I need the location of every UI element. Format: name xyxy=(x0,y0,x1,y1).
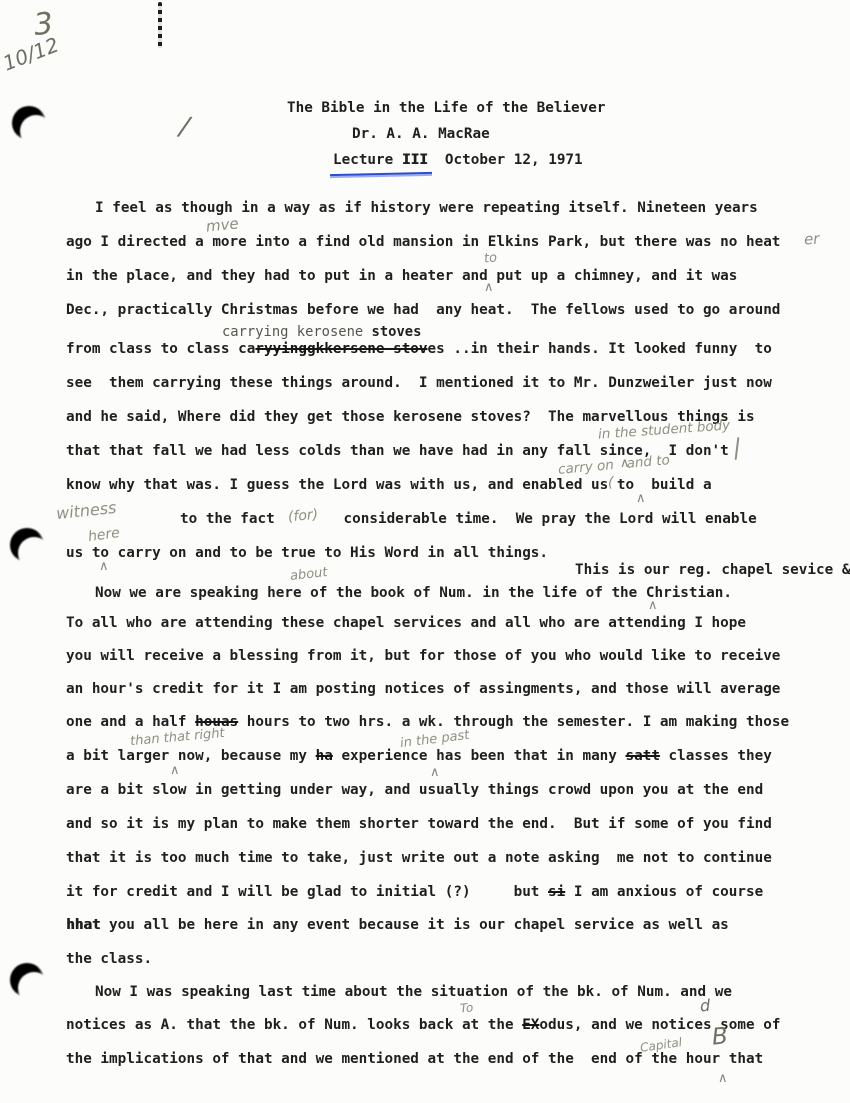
handwritten-for-note: (for) xyxy=(287,508,318,525)
handwritten-to-insert: to xyxy=(483,251,497,265)
document-author: Dr. A. A. MacRae xyxy=(352,126,490,142)
handwritten-paren-mark: ( xyxy=(608,476,613,490)
typed-line: know why that was. I guess the Lord was … xyxy=(66,477,712,493)
hole-punch-top xyxy=(12,106,46,140)
typed-insert-line: This is our reg. chapel sevice & xyxy=(575,562,850,578)
caret-mark: ∧ xyxy=(718,1072,728,1085)
handwritten-than-that-right-note: than that right xyxy=(130,727,226,748)
typed-line: the class. xyxy=(66,951,152,967)
handwritten-er-suffix: er xyxy=(803,231,819,247)
typed-line: to the fact considerable time. We pray t… xyxy=(180,511,757,527)
typed-line: I feel as though in a way as if history … xyxy=(95,200,758,216)
typewritten-lecture-page: 3 10/12 ∕ The Bible in the Life of the B… xyxy=(0,0,850,1103)
struck-text: si xyxy=(548,884,565,900)
handwritten-b-letter: B xyxy=(711,1025,729,1049)
typed-line: are a bit slow in getting under way, and… xyxy=(66,782,763,798)
lecture-line: Lecture III October 12, 1971 xyxy=(333,152,583,168)
caret-mark: ∧ xyxy=(648,599,658,612)
struck-text: ryyinggkkersene stov xyxy=(255,341,427,357)
caret-mark: ∧ xyxy=(170,764,180,777)
handwritten-in-the-past-note: in the past xyxy=(399,729,470,750)
typed-line: Now we are speaking here of the book of … xyxy=(95,585,732,601)
pencil-stroke-mark xyxy=(735,437,740,460)
typed-line: you will receive a blessing from it, but… xyxy=(66,648,780,664)
typed-line: in the place, and they had to put in a h… xyxy=(66,268,737,284)
typed-line: and so it is my plan to make them shorte… xyxy=(66,816,772,832)
typed-insert-line: carrying kerosene stoves xyxy=(222,324,421,340)
hole-punch-middle xyxy=(10,528,44,562)
pencil-date-note: 10/12 xyxy=(0,34,61,73)
typed-line: one and a half houas hours to two hrs. a… xyxy=(66,714,789,730)
caret-mark: ∧ xyxy=(636,492,646,505)
handwritten-witness-note: witness xyxy=(55,500,117,522)
typed-line: the implications of that and we mentione… xyxy=(66,1051,763,1067)
ink-smear-mark xyxy=(158,2,162,48)
handwritten-move-note: mve xyxy=(205,216,239,234)
struck-text: ha xyxy=(316,748,333,764)
handwritten-d-correction: d xyxy=(699,998,710,1015)
typed-line: from class to class caryyinggkkersene st… xyxy=(66,341,772,357)
typed-line: an hour's credit for it I am posting not… xyxy=(66,681,780,697)
typed-line: us to carry on and to be true to His Wor… xyxy=(66,545,548,561)
struck-text: EX xyxy=(522,1017,539,1033)
hole-punch-bottom xyxy=(10,963,44,997)
handwritten-here-note: here xyxy=(87,526,120,544)
typed-line: Now I was speaking last time about the s… xyxy=(95,984,732,1000)
pen-tick-mark: ∕ xyxy=(178,114,190,141)
typed-line: see them carrying these things around. I… xyxy=(66,375,772,391)
caret-mark: ∧ xyxy=(484,281,494,294)
handwritten-to-correction: To xyxy=(460,1001,474,1014)
typed-line: To all who are attending these chapel se… xyxy=(66,615,746,631)
typed-line: it for credit and I will be glad to init… xyxy=(66,884,763,900)
typed-line: a bit larger now, because my ha experien… xyxy=(66,748,772,764)
handwritten-about-note: about xyxy=(289,566,328,583)
typed-line: that it is too much time to take, just w… xyxy=(66,850,772,866)
typed-line: hhat you all be here in any event becaus… xyxy=(66,917,729,933)
overstruck-text: hhat xyxy=(66,917,100,933)
lecture-number: III xyxy=(402,152,428,168)
blue-pen-underline xyxy=(330,172,432,176)
document-title: The Bible in the Life of the Believer xyxy=(287,100,605,116)
typed-line: notices as A. that the bk. of Num. looks… xyxy=(66,1017,780,1033)
caret-mark: ∧ xyxy=(430,766,440,779)
struck-text: satt xyxy=(626,748,660,764)
caret-mark: ∧ xyxy=(99,560,109,573)
typed-line: ago I directed a more into a find old ma… xyxy=(66,234,780,250)
typed-line: Dec., practically Christmas before we ha… xyxy=(66,302,780,318)
